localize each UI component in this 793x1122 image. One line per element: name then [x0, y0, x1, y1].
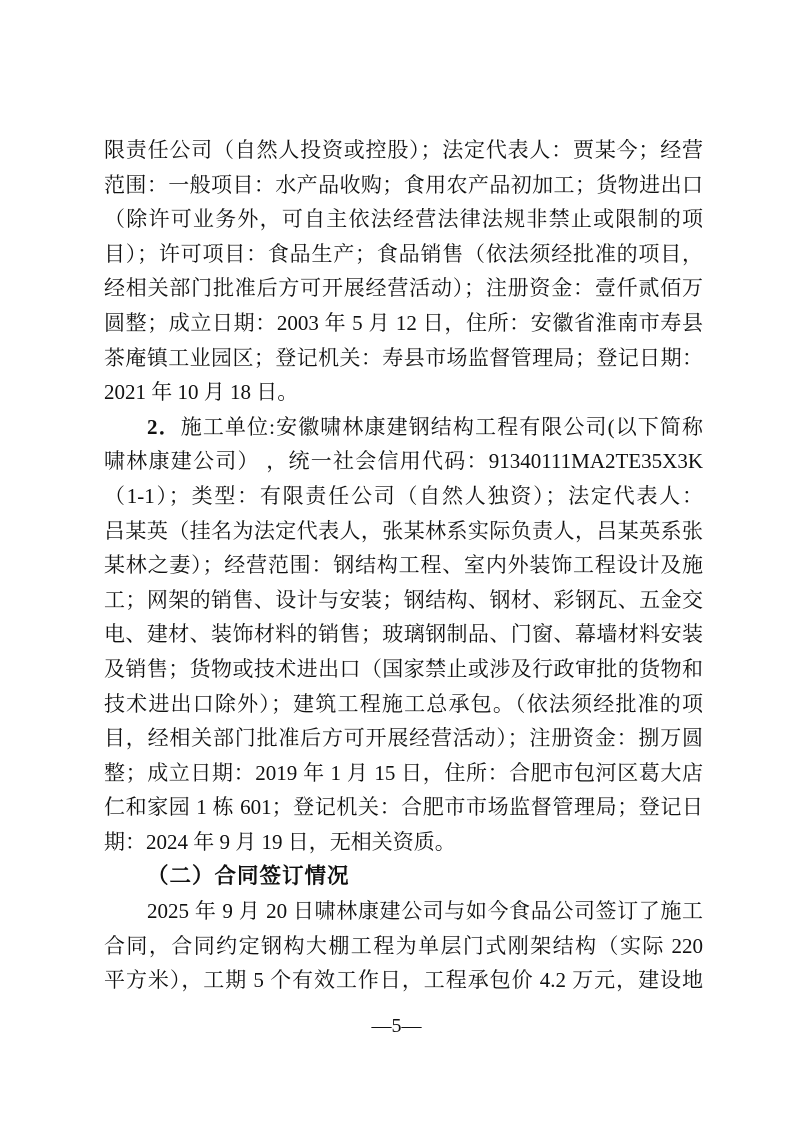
text-line: 2025 年 9 月 20 日啸林康建公司与如今食品公司签订了施工 [104, 894, 703, 929]
text-line: 目）；许可项目：食品生产；食品销售（依法须经批准的项目， [104, 237, 703, 272]
text-line: 目，经相关部门批准后方可开展经营活动）；注册资金：捌万圆 [104, 721, 703, 756]
text-line: 圆整；成立日期：2003 年 5 月 12 日，住所：安徽省淮南市寿县 [104, 306, 703, 341]
text-line: 合同，合同约定钢构大棚工程为单层门式刚架结构（实际 220 [104, 929, 703, 964]
text-line: 整；成立日期：2019 年 1 月 15 日，住所：合肥市包河区葛大店 [104, 756, 703, 791]
text-line: 范围：一般项目：水产品收购；食用农产品初加工；货物进出口 [104, 168, 703, 203]
page-number: —5— [0, 1013, 793, 1039]
text-line: （除许可业务外，可自主依法经营法律法规非禁止或限制的项 [104, 202, 703, 237]
text-line: 及销售；货物或技术进出口（国家禁止或涉及行政审批的货物和 [104, 652, 703, 687]
text-line-body: 施工单位:安徽啸林康建钢结构工程有限公司(以下简称 [181, 415, 703, 439]
text-line: 吕某英（挂名为法定代表人，张某林系实际负责人，吕某英系张 [104, 514, 703, 549]
text-line: 限责任公司（自然人投资或控股）；法定代表人：贾某今；经营 [104, 133, 703, 168]
text-line: 某林之妻）；经营范围：钢结构工程、室内外装饰工程设计及施 [104, 548, 703, 583]
text-line: 技术进出口除外）；建筑工程施工总承包。（依法须经批准的项 [104, 687, 703, 722]
text-line: 2021 年 10 月 18 日。 [104, 375, 703, 410]
section-heading: （二）合同签订情况 [104, 859, 703, 894]
text-line: 仁和家园 1 栋 601；登记机关：合肥市市场监督管理局；登记日 [104, 790, 703, 825]
text-line: 平方米），工期 5 个有效工作日，工程承包价 4.2 万元，建设地 [104, 963, 703, 998]
text-line: 电、建材、装饰材料的销售；玻璃钢制品、门窗、幕墙材料安装 [104, 617, 703, 652]
text-line: 茶庵镇工业园区；登记机关：寿县市场监督管理局；登记日期： [104, 341, 703, 376]
text-line: 期：2024 年 9 月 19 日，无相关资质。 [104, 825, 703, 860]
text-line: 啸林康建公司） ，统一社会信用代码：91340111MA2TE35X3K [104, 444, 703, 479]
list-number: 2． [147, 415, 181, 439]
text-line: （1-1）；类型：有限责任公司（自然人独资）；法定代表人： [104, 479, 703, 514]
document-body: 限责任公司（自然人投资或控股）；法定代表人：贾某今；经营 范围：一般项目：水产品… [104, 133, 703, 998]
text-line: 经相关部门批准后方可开展经营活动）；注册资金：壹仟贰佰万 [104, 271, 703, 306]
text-line: 工；网架的销售、设计与安装；钢结构、钢材、彩钢瓦、五金交 [104, 583, 703, 618]
text-line: 2．施工单位:安徽啸林康建钢结构工程有限公司(以下简称 [104, 410, 703, 445]
document-page: 限责任公司（自然人投资或控股）；法定代表人：贾某今；经营 范围：一般项目：水产品… [0, 0, 793, 1122]
